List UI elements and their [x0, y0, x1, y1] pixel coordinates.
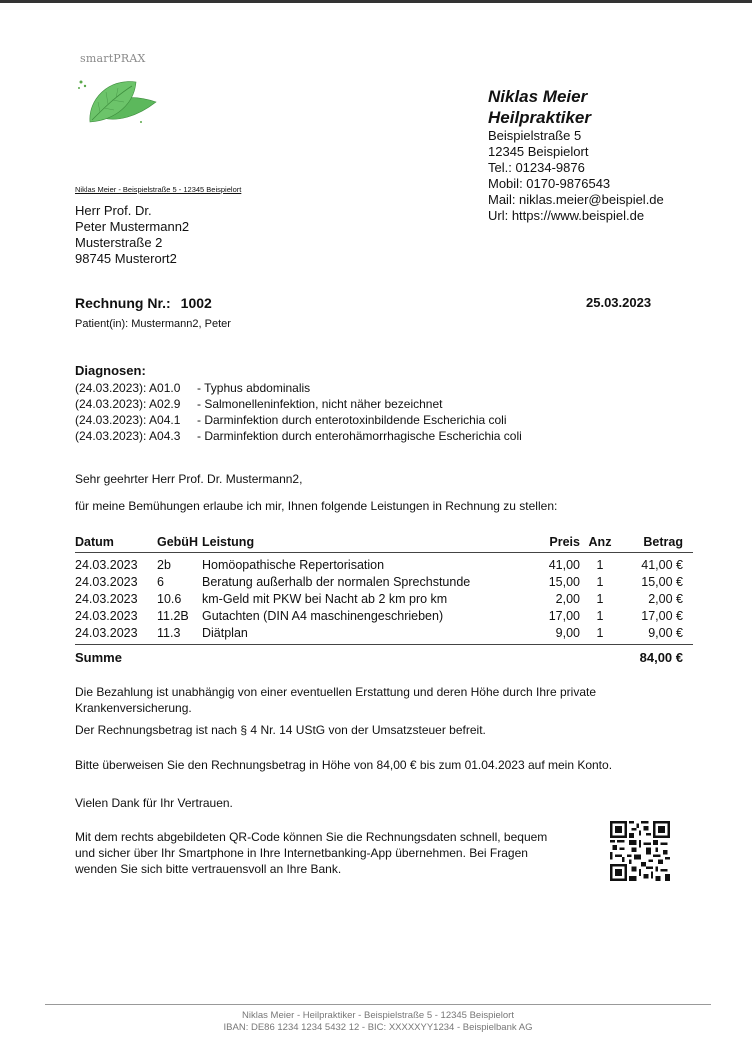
invoice-label: Rechnung Nr.: — [75, 295, 171, 311]
table-row: 24.03.2023 10.6 km-Geld mit PKW bei Nach… — [75, 591, 693, 608]
sender-block: Niklas Meier Heilpraktiker Beispielstraß… — [488, 86, 664, 224]
sender-mail: Mail: niklas.meier@beispiel.de — [488, 192, 664, 208]
qr-info-note: Mit dem rechts abgebildeten QR-Code könn… — [75, 829, 555, 877]
diagnoses-list: (24.03.2023): A01.0- Typhus abdominalis … — [75, 380, 522, 444]
footer: Niklas Meier - Heilpraktiker - Beispiels… — [45, 1010, 711, 1034]
col-leistung: Leistung — [202, 533, 537, 553]
sender-return-line: Niklas Meier - Beispielstraße 5 - 12345 … — [75, 185, 241, 194]
window-top-bar — [0, 0, 752, 3]
recipient-address: Herr Prof. Dr. Peter Mustermann2 Musters… — [75, 203, 189, 267]
sum-row: Summe 84,00 € — [75, 645, 693, 667]
services-table: Datum GebüH Leistung Preis Anz Betrag 24… — [75, 533, 693, 666]
recipient-salutation: Herr Prof. Dr. — [75, 203, 189, 219]
diagnosis-item: (24.03.2023): A04.3- Darminfektion durch… — [75, 428, 522, 444]
greeting: Sehr geehrter Herr Prof. Dr. Mustermann2… — [75, 471, 635, 487]
leaf-icon — [76, 64, 166, 134]
logo: smartPRAX — [76, 52, 166, 132]
table-header-row: Datum GebüH Leistung Preis Anz Betrag — [75, 533, 693, 553]
patient-line: Patient(in): Mustermann2, Peter — [75, 318, 231, 330]
col-date: Datum — [75, 533, 157, 553]
invoice-date: 25.03.2023 — [586, 295, 651, 310]
sender-url: Url: https://www.beispiel.de — [488, 208, 664, 224]
qr-code-icon — [610, 821, 670, 881]
sum-value: 84,00 € — [620, 645, 693, 667]
recipient-name: Peter Mustermann2 — [75, 219, 189, 235]
payment-note: Die Bezahlung ist unabhängig von einer e… — [75, 684, 645, 716]
sender-city: 12345 Beispielort — [488, 144, 664, 160]
tax-note: Der Rechnungsbetrag ist nach § 4 Nr. 14 … — [75, 722, 675, 738]
diagnosis-item: (24.03.2023): A02.9- Salmonelleninfektio… — [75, 396, 522, 412]
diagnosis-item: (24.03.2023): A04.1- Darminfektion durch… — [75, 412, 522, 428]
sender-title: Heilpraktiker — [488, 107, 664, 128]
intro-text: für meine Bemühungen erlaube ich mir, Ih… — [75, 498, 695, 514]
sender-street: Beispielstraße 5 — [488, 128, 664, 144]
diagnosis-item: (24.03.2023): A01.0- Typhus abdominalis — [75, 380, 522, 396]
table-row: 24.03.2023 6 Beratung außerhalb der norm… — [75, 574, 693, 591]
diagnoses-heading: Diagnosen: — [75, 363, 146, 378]
footer-divider — [45, 1004, 711, 1005]
sender-tel: Tel.: 01234-9876 — [488, 160, 664, 176]
recipient-city: 98745 Musterort2 — [75, 251, 189, 267]
col-anz: Anz — [580, 533, 620, 553]
transfer-note: Bitte überweisen Sie den Rechnungsbetrag… — [75, 757, 615, 773]
sender-name: Niklas Meier — [488, 86, 664, 107]
table-row: 24.03.2023 2b Homöopathische Repertorisa… — [75, 553, 693, 575]
table-row: 24.03.2023 11.2B Gutachten (DIN A4 masch… — [75, 608, 693, 625]
recipient-street: Musterstraße 2 — [75, 235, 189, 251]
sender-mobil: Mobil: 0170-9876543 — [488, 176, 664, 192]
footer-address: Niklas Meier - Heilpraktiker - Beispiels… — [45, 1010, 711, 1022]
col-geb: GebüH — [157, 533, 202, 553]
table-row: 24.03.2023 11.3 Diätplan 9,00 1 9,00 € — [75, 625, 693, 645]
invoice-title: Rechnung Nr.:1002 — [75, 295, 212, 311]
col-preis: Preis — [537, 533, 580, 553]
col-betrag: Betrag — [620, 533, 693, 553]
invoice-number: 1002 — [181, 295, 212, 311]
footer-bank: IBAN: DE86 1234 1234 5432 12 - BIC: XXXX… — [45, 1022, 711, 1034]
sum-label: Summe — [75, 645, 620, 667]
thanks-note: Vielen Dank für Ihr Vertrauen. — [75, 795, 635, 811]
